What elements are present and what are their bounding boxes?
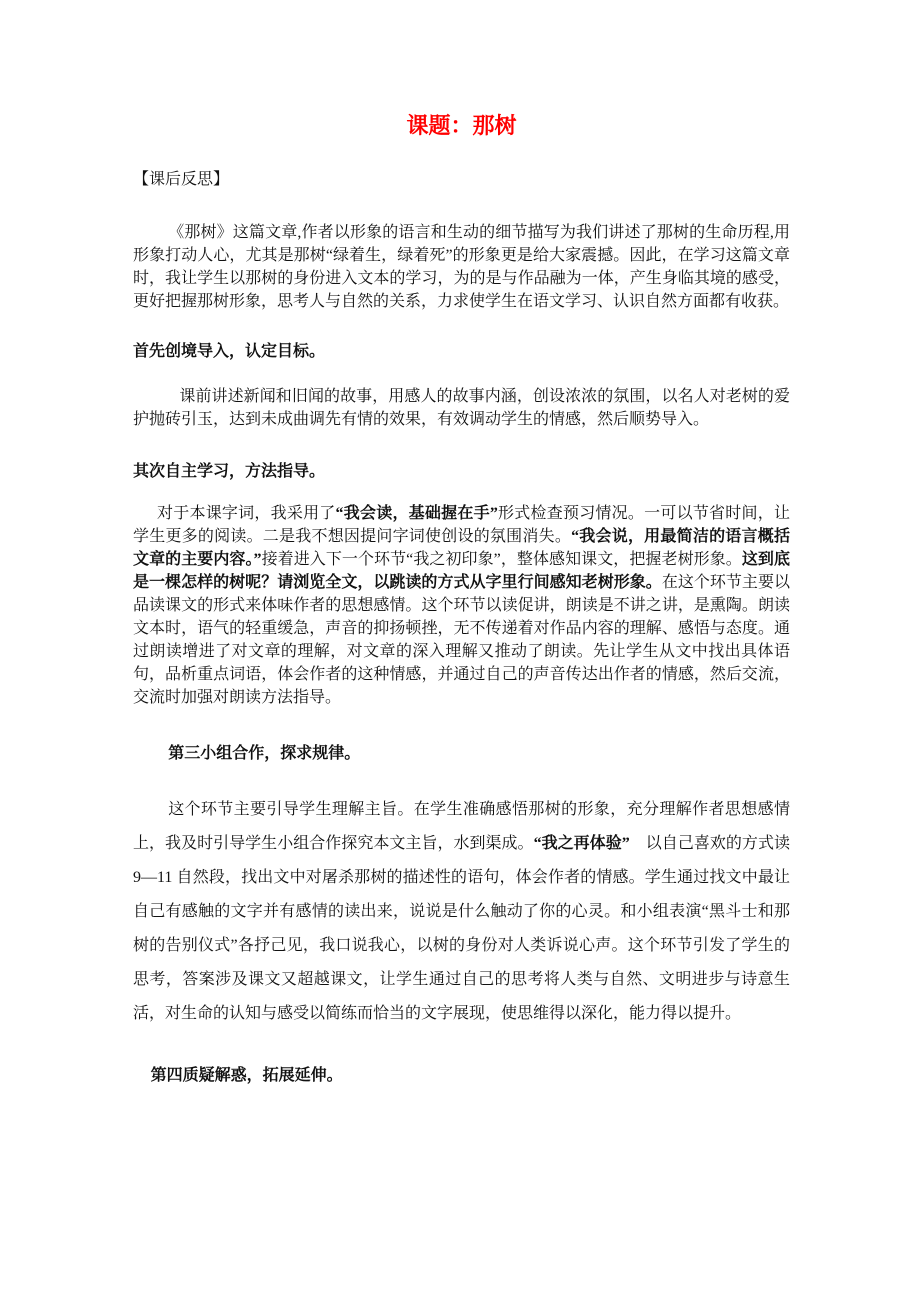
bold-quote-reading: “我会读，基础握在手”: [336, 505, 498, 522]
section-heading-3: 第三小组合作，探求规律。: [133, 742, 790, 765]
reflection-label: 【课后反思】: [133, 168, 790, 191]
intro-paragraph: 《那树》这篇文章,作者以形象的语言和生动的细节描写为我们讲述了那树的生命历程,用…: [133, 221, 790, 313]
document-page: 课题：那树 【课后反思】 《那树》这篇文章,作者以形象的语言和生动的细节描写为我…: [0, 0, 920, 1302]
run-normal-4: 在这个环节主要以品读课文的形式来体味作者的思想感情。这个环节以读促讲，朗读是不讲…: [133, 574, 790, 706]
section-paragraph-2: 对于本课字词，我采用了“我会读，基础握在手”形式检查预习情况。一可以节省时间，让…: [133, 502, 790, 709]
page-title: 课题：那树: [133, 112, 790, 140]
run-normal-6: 以自己喜欢的方式读 9—11 自然段，找出文中对屠杀那树的描述性的语句，体会作者…: [133, 835, 790, 1022]
section-paragraph-1: 课前讲述新闻和旧闻的故事，用感人的故事内涵，创设浓浓的氛围，以名人对老树的爱护抛…: [133, 385, 790, 431]
section-heading-4: 第四质疑解惑，拓展延伸。: [133, 1064, 790, 1087]
run-normal-1: 对于本课字词，我采用了: [157, 505, 336, 522]
section-heading-1: 首先创境导入，认定目标。: [133, 340, 790, 363]
section-heading-2: 其次自主学习，方法指导。: [133, 460, 790, 483]
section-paragraph-3: 这个环节主要引导学生理解主旨。在学生准确感悟那树的形象，充分理解作者思想感情上，…: [133, 793, 790, 1031]
bold-quote-reexperience: “我之再体验”: [534, 835, 630, 852]
run-normal-3: 接着进入下一个环节“我之初印象”，整体感知课文，把握老树形象。: [262, 551, 742, 568]
